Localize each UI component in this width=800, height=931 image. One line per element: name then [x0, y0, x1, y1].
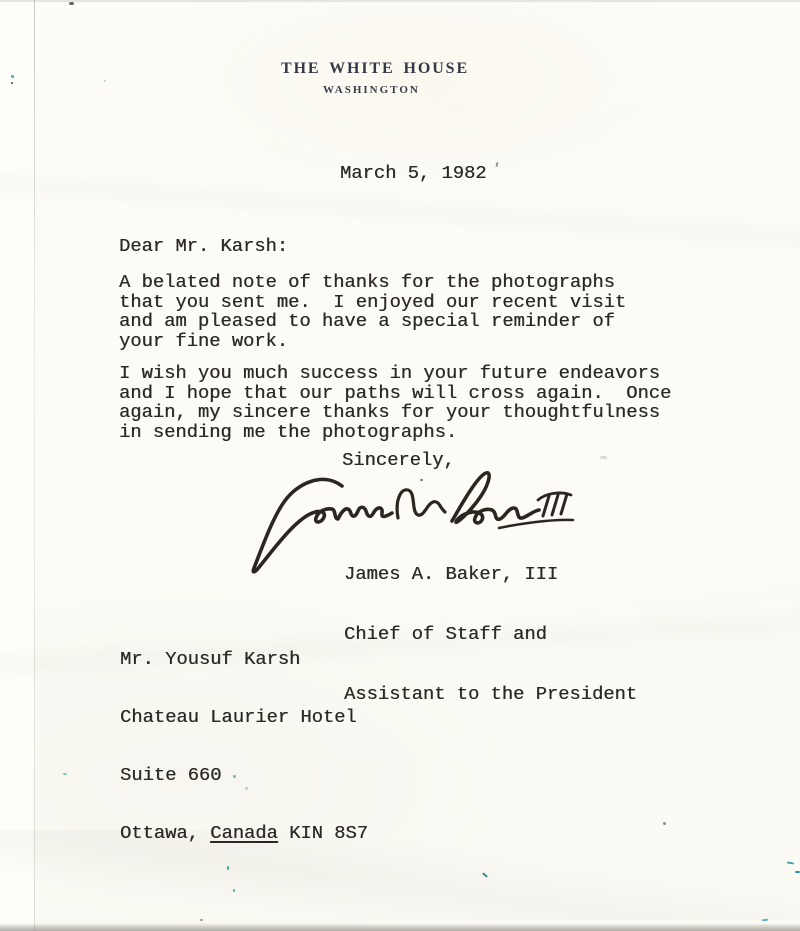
scanner-margin [0, 0, 34, 931]
paper-top-edge [0, 0, 800, 2]
typed-title-line-1: Chief of Staff and [344, 624, 637, 644]
body-paragraph-2: I wish you much success in your future e… [119, 364, 671, 442]
recipient-city-line: Ottawa, Canada KIN 8S7 [120, 824, 368, 843]
signature-block: James A. Baker, III Chief of Staff and A… [344, 524, 637, 744]
recipient-hotel: Chateau Laurier Hotel [120, 708, 368, 727]
recipient-name: Mr. Yousuf Karsh [120, 650, 368, 669]
typed-title-line-2: Assistant to the President [344, 684, 637, 704]
scan-speck [104, 80, 106, 82]
scan-speck [600, 456, 607, 459]
scanned-letter-page: THE WHITE HOUSE WASHINGTON March 5, 1982… [0, 0, 800, 931]
scan-speck [63, 773, 67, 775]
recipient-country-underlined: Canada [210, 822, 278, 844]
scan-speck [69, 2, 74, 5]
scan-speck [762, 919, 768, 922]
recipient-postal-code: KIN 8S7 [278, 822, 368, 844]
scan-speck [200, 919, 203, 921]
body-paragraph-1: A belated note of thanks for the photogr… [119, 273, 626, 351]
recipient-address: Mr. Yousuf Karsh Chateau Laurier Hotel S… [120, 611, 368, 883]
paper-left-edge [34, 0, 35, 931]
scan-speck [787, 861, 794, 864]
letterhead-subtitle: WASHINGTON [323, 84, 420, 96]
recipient-suite: Suite 660 [120, 766, 368, 785]
recipient-city: Ottawa, [120, 822, 210, 844]
scan-speck [233, 889, 235, 892]
scan-speck [663, 822, 666, 825]
date-line: March 5, 1982 [340, 164, 487, 184]
scan-speck [482, 872, 488, 877]
paper-bottom-edge [0, 923, 800, 931]
scan-speck [495, 162, 498, 167]
letterhead-title: THE WHITE HOUSE [281, 60, 469, 78]
typed-name: James A. Baker, III [344, 564, 637, 584]
scan-speck [795, 871, 800, 873]
salutation: Dear Mr. Karsh: [119, 237, 288, 257]
